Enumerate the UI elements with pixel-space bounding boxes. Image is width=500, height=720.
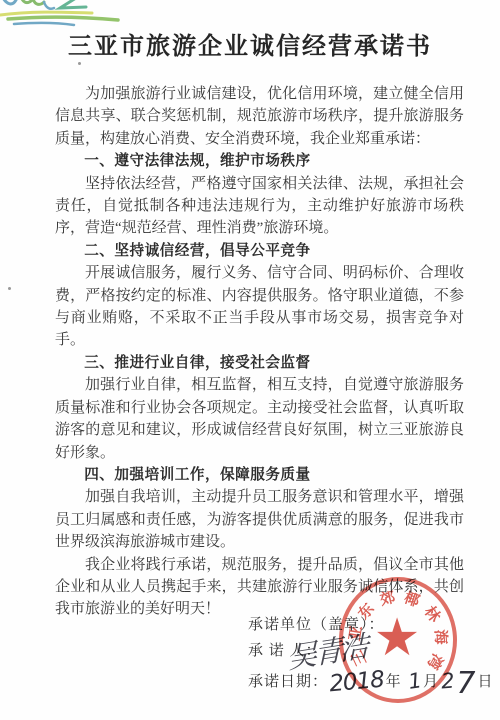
scanned-commitment-letter: 三亚市旅游企业诚信经营承诺书 为加强旅游行业诚信建设，优化信用环境，建立健全信用…: [0, 0, 500, 720]
section-1-body: 坚持依法经营，严格遵守国家相关法律、法规，承担社会责任，自觉抵制各种违法违规行为…: [55, 173, 464, 240]
section-3-heading: 三、推进行业自律，接受社会监督: [55, 352, 464, 374]
seal-arc-char: 海: [430, 627, 449, 646]
handwritten-day-digit-7: 7: [456, 671, 476, 697]
seal-star-icon: ★: [374, 612, 421, 664]
scan-artifact-dot: [108, 36, 111, 38]
scan-artifact-dot: [8, 287, 11, 290]
day-suffix: 日: [477, 674, 493, 690]
section-4-heading: 四、加强培训工作，保障服务质量: [55, 464, 464, 486]
seal-arc-char: 湾: [422, 649, 447, 674]
document-body: 为加强旅游行业诚信建设，优化信用环境，建立健全信用信息共享、联合奖惩机制，规范旅…: [55, 83, 464, 621]
seal-arc-char: 林: [419, 602, 444, 627]
section-3-body: 加强行业自律，相互监督，相互支持，自觉遵守旅游服务质量标准和行业协会各项规定。主…: [55, 374, 464, 464]
section-4-body: 加强自我培训，主动提升员工服务意识和管理水平，增强员工归属感和责任感，为游客提供…: [55, 486, 464, 553]
seal-arc-char: 郊: [377, 588, 399, 610]
document-title: 三亚市旅游企业诚信经营承诺书: [0, 26, 500, 61]
scan-artifact-dot: [78, 62, 81, 65]
section-2-body: 开展诚信服务，履行义务、信守合同、明码标价、合理收费，严格按约定的标准、内容提供…: [55, 262, 464, 352]
section-2-heading: 二、坚持诚信经营，倡导公平竞争: [55, 240, 464, 262]
intro-paragraph: 为加强旅游行业诚信建设，优化信用环境，建立健全信用信息共享、联合奖惩机制，规范旅…: [55, 83, 464, 150]
section-1-heading: 一、遵守法律法规，维护市场秩序: [55, 150, 464, 172]
